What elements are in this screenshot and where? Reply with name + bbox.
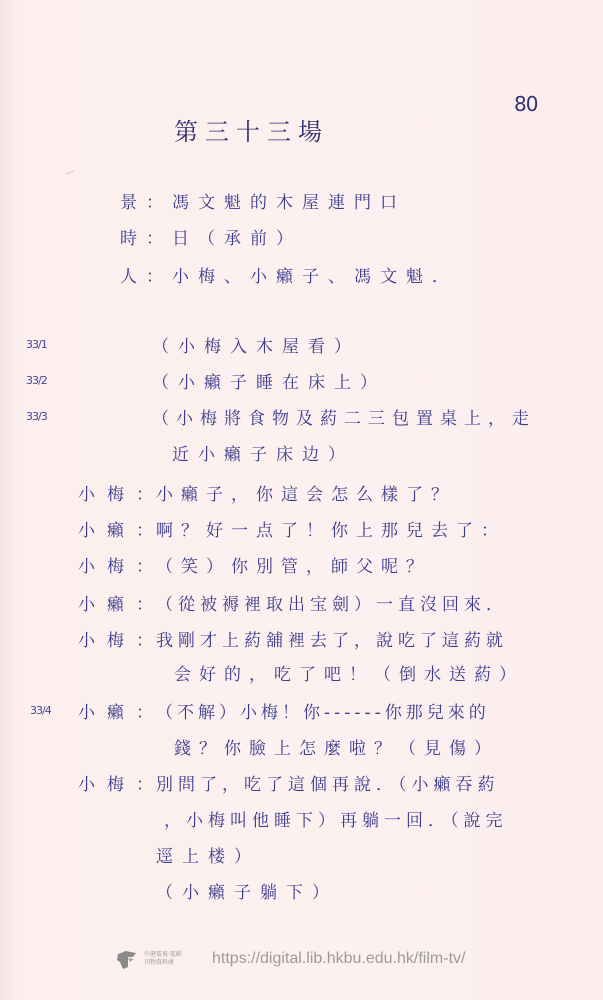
dialogue-continued: 会好的，吃了吧！（倒水送葯） bbox=[174, 660, 524, 685]
archive-org-line1: 中港電視‧電影 bbox=[144, 951, 206, 959]
shot-number: 33/2 bbox=[26, 374, 47, 387]
characters-value: 小梅、小癩子、馮文魁． bbox=[172, 267, 458, 287]
archive-url-link[interactable]: https://digital.lib.hkbu.edu.hk/film-tv/ bbox=[212, 950, 465, 968]
dialogue: 別問了，吃了這個再說．（小癩吞葯 bbox=[156, 770, 500, 795]
page-number: 80 bbox=[514, 92, 537, 116]
archive-org-line2: 刊物資料庫 bbox=[144, 959, 206, 967]
stage-direction: （小梅入木屋看） bbox=[152, 332, 360, 357]
scene-time-row: 時：日（承前） bbox=[120, 224, 302, 249]
archive-org-name: 中港電視‧電影 刊物資料庫 bbox=[144, 951, 206, 967]
time-value: 日（承前） bbox=[172, 229, 302, 249]
stage-direction: （小癩子躺下） bbox=[156, 878, 338, 903]
speaker-name: 小梅： bbox=[78, 626, 165, 651]
scene-setting-row: 景：馮文魁的木屋連門口 bbox=[120, 188, 406, 213]
setting-value: 馮文魁的木屋連門口 bbox=[172, 193, 406, 213]
shot-number: 33/4 bbox=[30, 704, 51, 717]
speaker-name: 小梅： bbox=[78, 552, 165, 577]
characters-label: 人： bbox=[120, 267, 172, 287]
stage-direction: （小梅將食物及葯二三包置桌上，走 bbox=[152, 404, 536, 429]
dialogue: （從被褥裡取出宝劍）一直沒回來． bbox=[156, 590, 508, 615]
dialogue: 小癩子，你這会怎么樣了？ bbox=[156, 480, 456, 505]
dialogue-continued: 錢？你臉上怎麼啦？（見傷） bbox=[174, 734, 499, 759]
time-label: 時： bbox=[120, 229, 172, 249]
speaker-name: 小癩： bbox=[78, 590, 165, 615]
dialogue: 我剛才上葯舖裡去了，說吃了這葯就 bbox=[156, 626, 508, 651]
script-page: 80 第三十三場 景：馮文魁的木屋連門口 時：日（承前） 人：小梅、小癩子、馮文… bbox=[0, 0, 603, 1000]
stray-pen-mark bbox=[65, 170, 75, 174]
speaker-name: 小癩： bbox=[78, 516, 165, 541]
shot-number: 33/3 bbox=[26, 410, 47, 423]
dialogue: （笑）你別管，師父呢？ bbox=[156, 552, 431, 577]
film-tv-archive-logo-icon bbox=[116, 948, 138, 970]
speaker-name: 小梅： bbox=[78, 770, 165, 795]
speaker-name: 小癩： bbox=[78, 698, 165, 723]
shot-number: 33/1 bbox=[26, 338, 47, 351]
dialogue-continued: ，小梅叫他睡下）再躺一回．（說完 bbox=[164, 806, 508, 831]
dialogue: （不解）小梅！你------你那兒來的 bbox=[156, 698, 490, 723]
archive-watermark: 中港電視‧電影 刊物資料庫 https://digital.lib.hkbu.e… bbox=[116, 948, 465, 970]
speaker-name: 小梅： bbox=[78, 480, 165, 505]
stage-direction-continued: 近小癩子床边） bbox=[172, 440, 354, 465]
scene-characters-row: 人：小梅、小癩子、馮文魁． bbox=[120, 262, 458, 287]
dialogue: 啊？好一点了！你上那兒去了： bbox=[156, 516, 506, 541]
setting-label: 景： bbox=[120, 193, 172, 213]
stage-direction: （小癩子睡在床上） bbox=[152, 368, 386, 393]
scene-title: 第三十三場 bbox=[174, 112, 329, 147]
dialogue-continued: 逕上楼） bbox=[156, 842, 260, 867]
